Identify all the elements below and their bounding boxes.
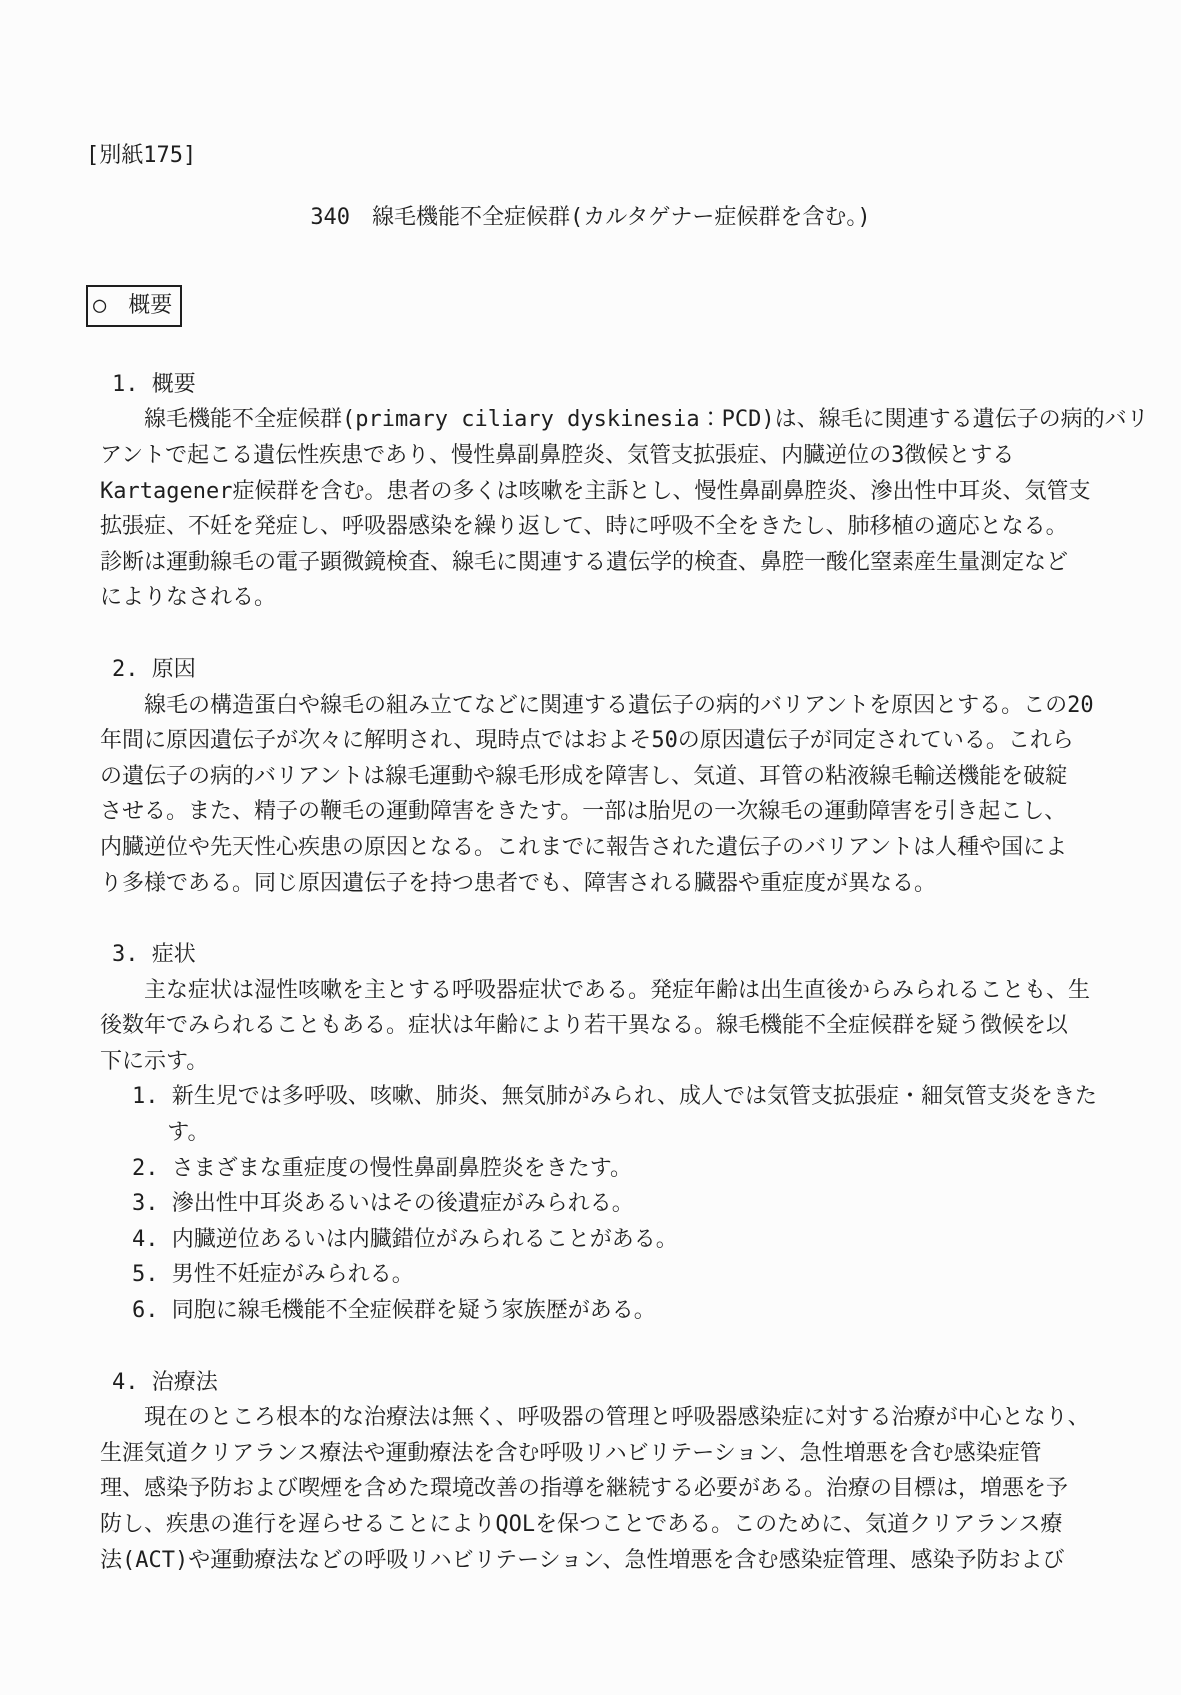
text-line: 5. 男性不妊症がみられる。 xyxy=(132,1257,1121,1293)
text-line: 2. さまざまな重症度の慢性鼻副鼻腔炎をきたす。 xyxy=(132,1151,1121,1187)
text-line: 防し、疾患の進行を遅らせることによりQOLを保つことである。このために、気道クリ… xyxy=(100,1507,1121,1543)
text-line: 1. 新生児では多呼吸、咳嗽、肺炎、無気肺がみられ、成人では気管支拡張症・細気管… xyxy=(132,1079,1121,1115)
paragraph: 主な症状は湿性咳嗽を主とする呼吸器症状である。発症年齢は出生直後からみられること… xyxy=(100,973,1121,1080)
numbered-list: 1. 新生児では多呼吸、咳嗽、肺炎、無気肺がみられ、成人では気管支拡張症・細気管… xyxy=(132,1079,1121,1328)
text-line: 3. 滲出性中耳炎あるいはその後遺症がみられる。 xyxy=(132,1186,1121,1222)
page-title: 340 線毛機能不全症候群(カルタゲナー症候群を含む。) xyxy=(0,200,1181,236)
section-heading: 3. 症状 xyxy=(112,937,1121,973)
overview-box-label: ○ 概要 xyxy=(93,293,172,318)
section-heading: 2. 原因 xyxy=(112,652,1121,688)
text-line: 法(ACT)や運動療法などの呼吸リハビリテーション、急性増悪を含む感染症管理、感… xyxy=(100,1543,1121,1579)
text-line: 6. 同胞に線毛機能不全症候群を疑う家族歴がある。 xyxy=(132,1293,1121,1329)
text-line: 下に示す。 xyxy=(100,1044,1121,1080)
text-line: 主な症状は湿性咳嗽を主とする呼吸器症状である。発症年齢は出生直後からみられること… xyxy=(100,973,1121,1009)
text-line: 線毛の構造蛋白や線毛の組み立てなどに関連する遺伝子の病的バリアントを原因とする。… xyxy=(100,688,1121,724)
text-line: によりなされる。 xyxy=(100,580,1121,616)
section-gaiyou: 1. 概要 線毛機能不全症候群(primary ciliary dyskines… xyxy=(100,367,1121,616)
text-line: Kartagener症候群を含む。患者の多くは咳嗽を主訴とし、慢性鼻副鼻腔炎、滲… xyxy=(100,474,1121,510)
text-line: り多様である。同じ原因遺伝子を持つ患者でも、障害される臓器や重症度が異なる。 xyxy=(100,866,1121,902)
text-line: の遺伝子の病的バリアントは線毛運動や線毛形成を障害し、気道、耳管の粘液線毛輸送機… xyxy=(100,759,1121,795)
section-chiryouhou: 4. 治療法 現在のところ根本的な治療法は無く、呼吸器の管理と呼吸器感染症に対す… xyxy=(100,1365,1121,1579)
text-line: す。 xyxy=(132,1115,1121,1151)
sections-container: 1. 概要 線毛機能不全症候群(primary ciliary dyskines… xyxy=(100,367,1121,1578)
text-line: 後数年でみられることもある。症状は年齢により若干異なる。線毛機能不全症候群を疑う… xyxy=(100,1008,1121,1044)
section-genin: 2. 原因 線毛の構造蛋白や線毛の組み立てなどに関連する遺伝子の病的バリアントを… xyxy=(100,652,1121,901)
overview-box: ○ 概要 xyxy=(86,285,182,327)
document-page: [別紙175] 340 線毛機能不全症候群(カルタゲナー症候群を含む。) ○ 概… xyxy=(0,0,1181,1695)
section-heading: 1. 概要 xyxy=(112,367,1121,403)
text-line: 年間に原因遺伝子が次々に解明され、現時点ではおよそ50の原因遺伝子が同定されてい… xyxy=(100,723,1121,759)
section-shoujou: 3. 症状 主な症状は湿性咳嗽を主とする呼吸器症状である。発症年齢は出生直後から… xyxy=(100,937,1121,1329)
overview-box-row: ○ 概要 xyxy=(86,285,1181,327)
section-heading: 4. 治療法 xyxy=(112,1365,1121,1401)
paragraph: 現在のところ根本的な治療法は無く、呼吸器の管理と呼吸器感染症に対する治療が中心と… xyxy=(100,1400,1121,1578)
text-line: 診断は運動線毛の電子顕微鏡検査、線毛に関連する遺伝学的検査、鼻腔一酸化窒素産生量… xyxy=(100,545,1121,581)
text-line: 4. 内臓逆位あるいは内臓錯位がみられることがある。 xyxy=(132,1222,1121,1258)
text-line: 内臓逆位や先天性心疾患の原因となる。これまでに報告された遺伝子のバリアントは人種… xyxy=(100,830,1121,866)
text-line: アントで起こる遺伝性疾患であり、慢性鼻副鼻腔炎、気管支拡張症、内臓逆位の3徴候と… xyxy=(100,438,1121,474)
text-line: 生涯気道クリアランス療法や運動療法を含む呼吸リハビリテーション、急性増悪を含む感… xyxy=(100,1436,1121,1472)
attachment-label: [別紙175] xyxy=(86,138,1181,174)
text-line: 拡張症、不妊を発症し、呼吸器感染を繰り返して、時に呼吸不全をきたし、肺移植の適応… xyxy=(100,509,1121,545)
text-line: 現在のところ根本的な治療法は無く、呼吸器の管理と呼吸器感染症に対する治療が中心と… xyxy=(100,1400,1121,1436)
paragraph: 線毛の構造蛋白や線毛の組み立てなどに関連する遺伝子の病的バリアントを原因とする。… xyxy=(100,688,1121,902)
paragraph: 線毛機能不全症候群(primary ciliary dyskinesia：PCD… xyxy=(100,402,1121,616)
text-line: 線毛機能不全症候群(primary ciliary dyskinesia：PCD… xyxy=(100,402,1121,438)
text-line: 理、感染予防および喫煙を含めた環境改善の指導を継続する必要がある。治療の目標は，… xyxy=(100,1471,1121,1507)
text-line: させる。また、精子の鞭毛の運動障害をきたす。一部は胎児の一次線毛の運動障害を引き… xyxy=(100,794,1121,830)
